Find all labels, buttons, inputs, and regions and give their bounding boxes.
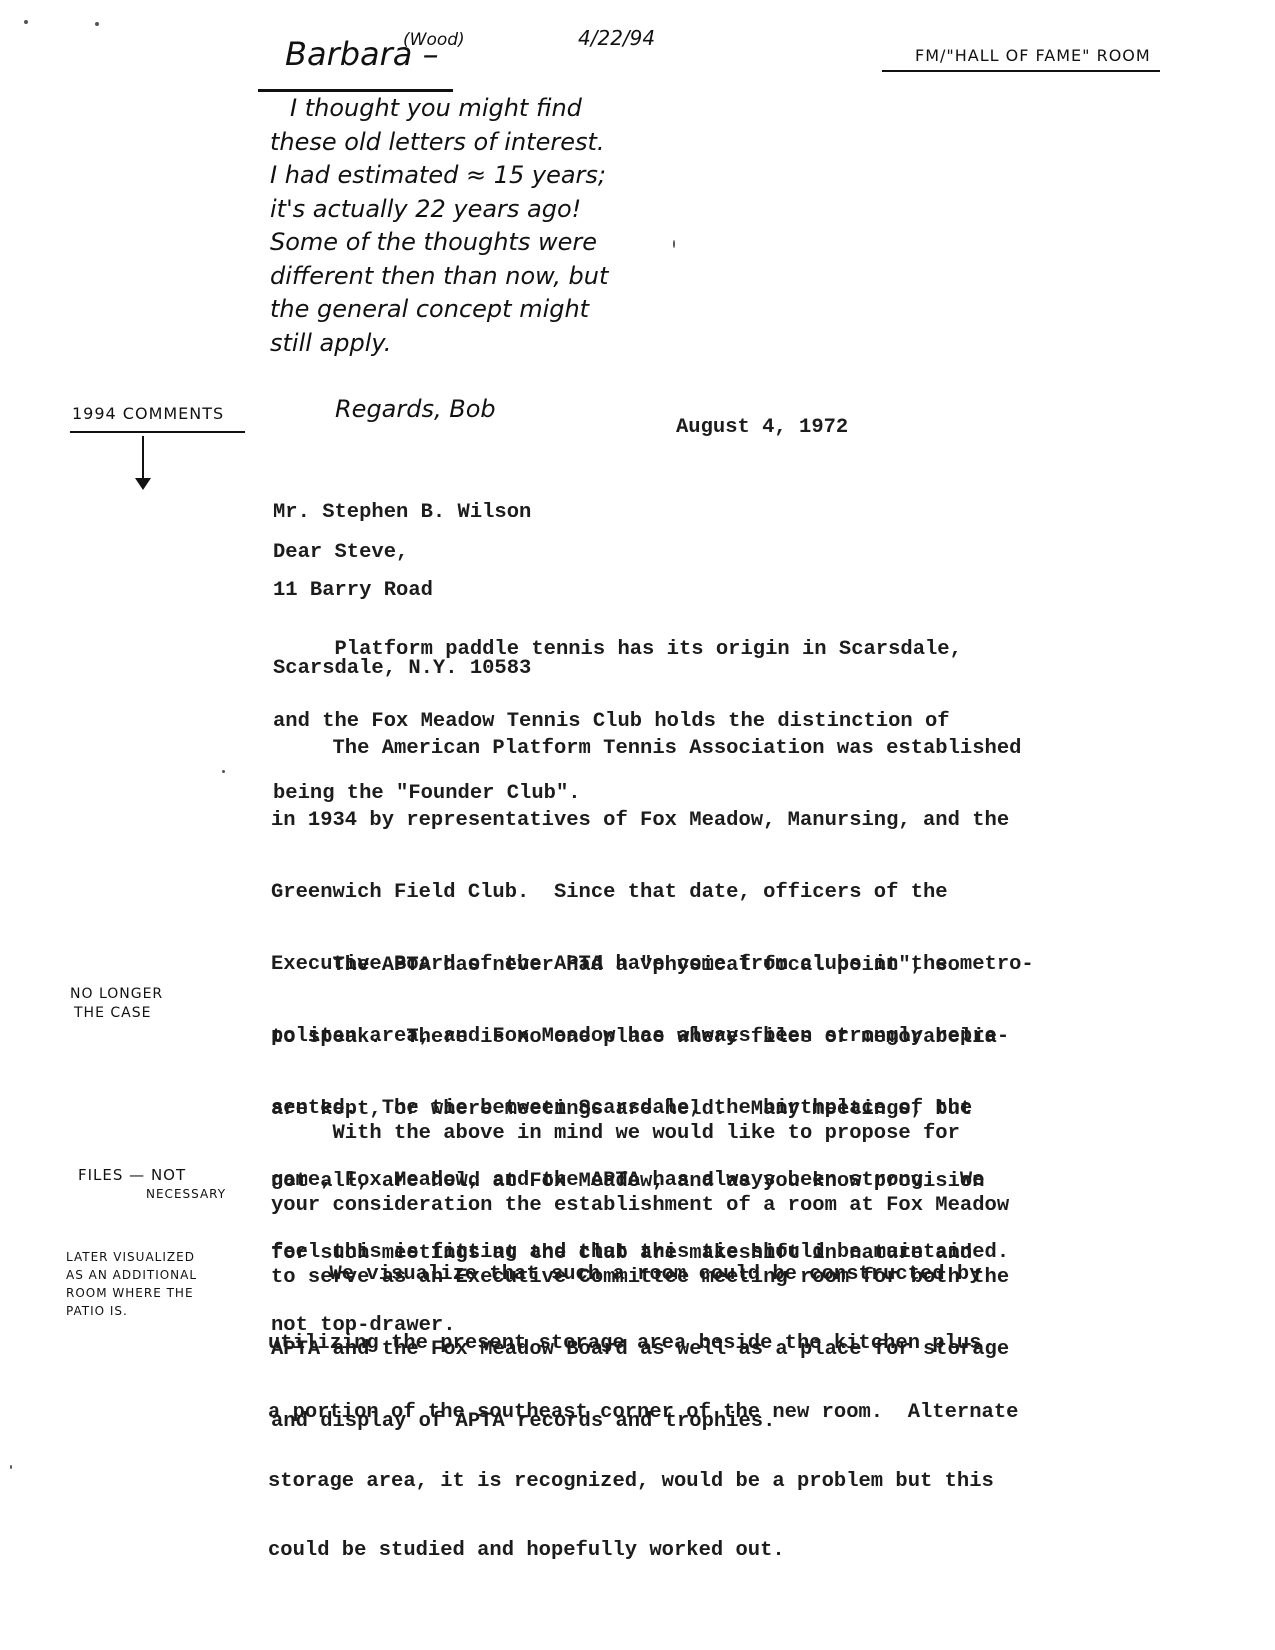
top-right-label: FM/"HALL OF FAME" ROOM xyxy=(915,46,1151,65)
note-line: these old letters of interest. xyxy=(270,126,608,160)
note-recipient-aside: (Wood) xyxy=(403,30,465,50)
note-line: still apply. xyxy=(270,327,608,361)
address-line: Mr. Stephen B. Wilson xyxy=(273,500,531,526)
scan-speck xyxy=(222,770,225,773)
note-line: different then than now, but xyxy=(270,260,608,294)
note-line: Some of the thoughts were xyxy=(270,226,608,260)
comments-underline xyxy=(70,431,245,433)
top-right-underline xyxy=(882,70,1160,72)
note-signoff: Regards, Bob xyxy=(335,395,496,423)
scan-speck xyxy=(95,22,99,26)
note-line: it's actually 22 years ago! xyxy=(270,193,608,227)
margin-note: LATER VISUALIZED AS AN ADDITIONAL ROOM W… xyxy=(66,1248,197,1320)
margin-note: FILES — NOT NECESSARY xyxy=(78,1166,226,1204)
note-line: I had estimated ≈ 15 years; xyxy=(270,159,608,193)
comments-header: 1994 COMMENTS xyxy=(72,404,224,423)
margin-note: NO LONGER THE CASE xyxy=(70,985,163,1023)
note-body: I thought you might find these old lette… xyxy=(270,92,608,360)
arrow-head-icon xyxy=(135,478,151,490)
letter-date: August 4, 1972 xyxy=(676,415,848,441)
note-line: I thought you might find xyxy=(270,92,608,126)
scan-speck xyxy=(24,20,28,24)
greeting: Dear Steve, xyxy=(273,540,408,566)
note-date: 4/22/94 xyxy=(578,26,655,50)
paragraph-5: We visualize that such a room could be c… xyxy=(268,1217,1018,1585)
scan-speck xyxy=(673,240,675,248)
note-line: the general concept might xyxy=(270,293,608,327)
scan-speck xyxy=(10,1465,12,1469)
